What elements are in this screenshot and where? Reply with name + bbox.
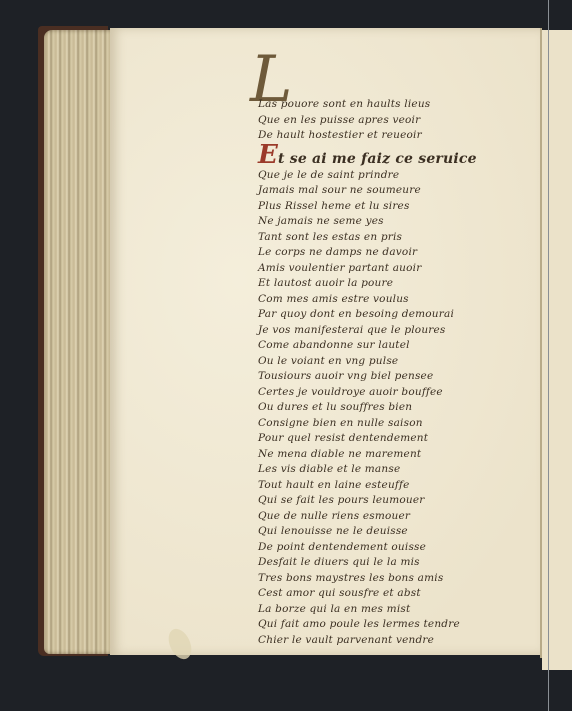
verse-line: Et lautost auoir la poure [258, 276, 518, 292]
rubric-text: t se ai me faiz ce seruice [278, 151, 477, 167]
verse-line: Ne mena diable ne marement [258, 447, 518, 463]
verse-line: Cest amor qui sousfre et abst [258, 586, 518, 602]
verse-line: Com mes amis estre voulus [258, 292, 518, 308]
verse-line: Tout hault en laine esteuffe [258, 478, 518, 494]
verse-line: Consigne bien en nulle saison [258, 416, 518, 432]
verse-line: La borze qui la en mes mist [258, 602, 518, 618]
verse-line: Par quoy dont en besoing demourai [258, 307, 518, 323]
verse-column: Las pouore sont en haults lieus Que en l… [258, 97, 518, 648]
verse-line: Les vis diable et le manse [258, 462, 518, 478]
rubric-initial: E [258, 140, 278, 170]
verse-line: De hault hostestier et reueoir [258, 128, 518, 144]
verse-line: Qui fait amo poule les lermes tendre [258, 617, 518, 633]
verse-line: Qui lenouisse ne le deuisse [258, 524, 518, 540]
verse-line: Ou le voiant en vng pulse [258, 354, 518, 370]
verse-line: Ou dures et lu souffres bien [258, 400, 518, 416]
verse-line: Tres bons maystres les bons amis [258, 571, 518, 587]
verse-line: Le corps ne damps ne davoir [258, 245, 518, 261]
recto-page-edge [542, 30, 572, 670]
verse-line: De point dentendement ouisse [258, 540, 518, 556]
manuscript-photo: L Las pouore sont en haults lieus Que en… [0, 0, 572, 711]
page-edges-stack [44, 30, 114, 654]
verse-line: Que en les puisse apres veoir [258, 113, 518, 129]
verse-line: Ne jamais ne seme yes [258, 214, 518, 230]
verse-line: Que je le de saint prindre [258, 168, 518, 184]
verse-line: Jamais mal sour ne soumeure [258, 183, 518, 199]
verse-line: Qui se fait les pours leumouer [258, 493, 518, 509]
rubric-heading: Et se ai me faiz ce seruice [258, 146, 518, 168]
verse-line: Come abandonne sur lautel [258, 338, 518, 354]
verse-line: Desfait le diuers qui le la mis [258, 555, 518, 571]
verse-line: Pour quel resist dentendement [258, 431, 518, 447]
verse-line: Amis voulentier partant auoir [258, 261, 518, 277]
verse-line: Je vos manifesterai que le ploures [258, 323, 518, 339]
verse-line: Que de nulle riens esmouer [258, 509, 518, 525]
verse-line: Las pouore sont en haults lieus [258, 97, 518, 113]
verse-line: Certes je vouldroye auoir bouffee [258, 385, 518, 401]
verse-line: Chier le vault parvenant vendre [258, 633, 518, 649]
verse-line: Tousiours auoir vng biel pensee [258, 369, 518, 385]
verse-line: Tant sont les estas en pris [258, 230, 518, 246]
verse-line: Plus Rissel heme et lu sires [258, 199, 518, 215]
scan-line [548, 0, 549, 711]
